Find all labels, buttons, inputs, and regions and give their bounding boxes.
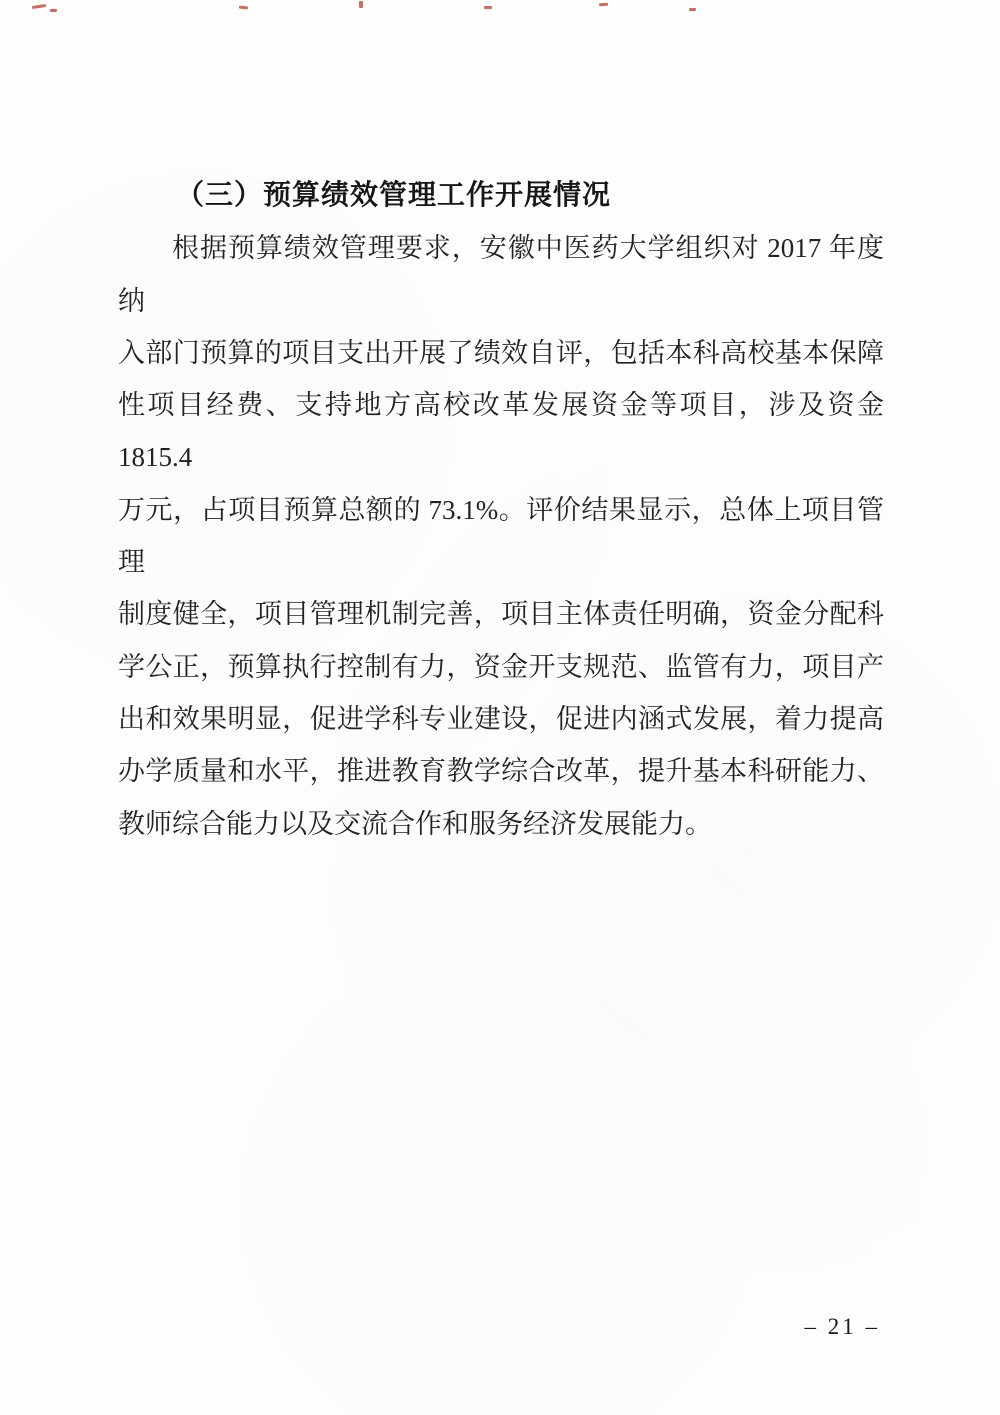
- paragraph-line: 万元，占项目预算总额的 73.1%。评价结果显示，总体上项目管理: [118, 484, 884, 589]
- scan-artifact: [239, 6, 248, 10]
- paragraph-line: 学公正，预算执行控制有力，资金开支规范、监管有力，项目产: [118, 641, 884, 693]
- paragraph-line: 制度健全，项目管理机制完善，项目主体责任明确，资金分配科: [118, 588, 884, 640]
- scan-artifact: [484, 6, 492, 9]
- scan-artifact: [50, 9, 57, 12]
- paragraph-line: 入部门预算的项目支出开展了绩效自评，包括本科高校基本保障: [118, 327, 884, 379]
- scan-artifact: [599, 3, 608, 7]
- section-heading: （三）预算绩效管理工作开展情况: [118, 170, 884, 222]
- paragraph-line: 办学质量和水平，推进教育教学综合改革，提升基本科研能力、: [118, 745, 884, 797]
- scan-artifact: [32, 4, 46, 9]
- paragraph-line: 根据预算绩效管理要求，安徽中医药大学组织对 2017 年度纳: [118, 222, 884, 327]
- scan-artifact: [689, 8, 696, 11]
- paragraph-line: 出和效果明显，促进学科专业建设，促进内涵式发展，着力提高: [118, 693, 884, 745]
- text-block: （三）预算绩效管理工作开展情况 根据预算绩效管理要求，安徽中医药大学组织对 20…: [118, 170, 884, 850]
- scan-artifact: [359, 1, 363, 8]
- paragraph-line: 性项目经费、支持地方高校改革发展资金等项目，涉及资金 1815.4: [118, 379, 884, 484]
- document-page: （三）预算绩效管理工作开展情况 根据预算绩效管理要求，安徽中医药大学组织对 20…: [0, 0, 1000, 1415]
- page-number: – 21 –: [805, 1314, 881, 1340]
- paragraph-line: 教师综合能力以及交流合作和服务经济发展能力。: [118, 798, 884, 850]
